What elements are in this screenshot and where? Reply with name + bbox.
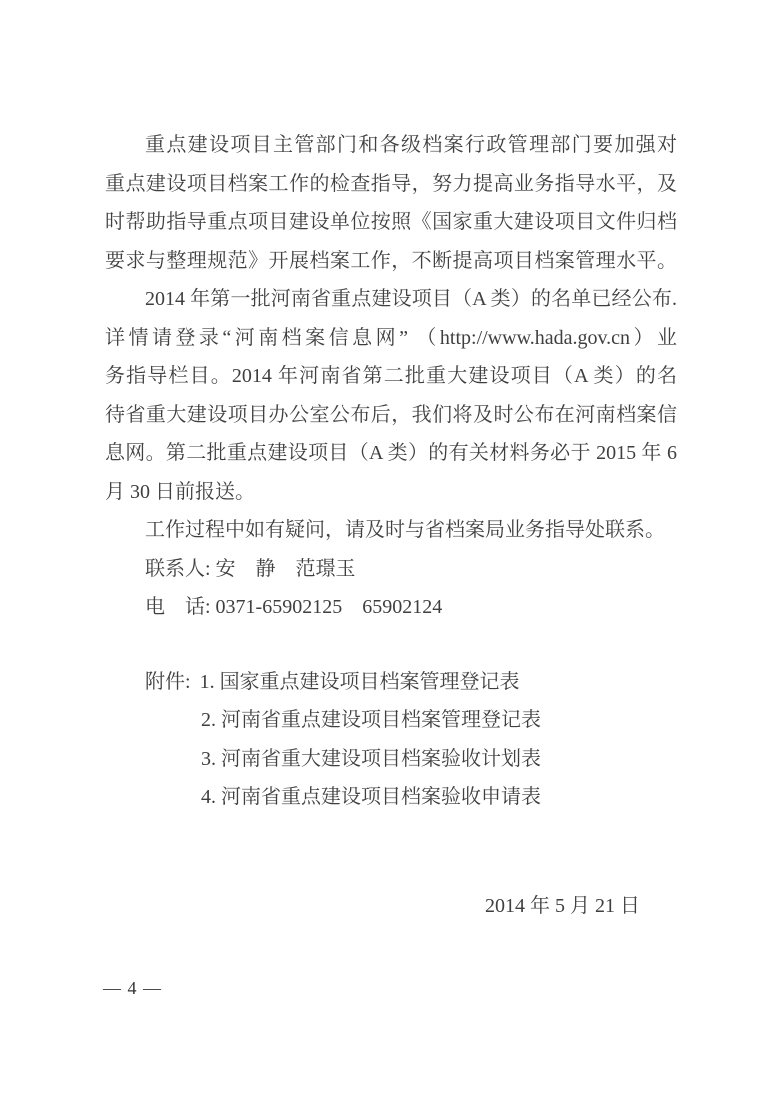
contact-block: 联系人: 安 静 范璟玉 电 话: 0371-65902125 65902124	[105, 550, 677, 627]
paragraph-supervision: 重点建设项目主管部门和各级档案行政管理部门要加强对 重点建设项目档案工作的检查指…	[105, 126, 677, 280]
text-line: 务指导栏目。2014 年河南省第二批重大建设项目（A 类）的名单，	[105, 357, 677, 396]
text-line-with-url: 详情请登录“河南档案信息网” （http://www.hada.gov.cn）业	[105, 319, 677, 358]
text-line: 待省重大建设项目办公室公布后，我们将及时公布在河南档案信	[105, 396, 677, 435]
contact-person-line: 联系人: 安 静 范璟玉	[105, 550, 677, 589]
attachment-item: 1. 国家重点建设项目档案管理登记表	[200, 663, 520, 702]
paragraph-contact-note: 工作过程中如有疑问，请及时与省档案局业务指导处联系。	[105, 511, 677, 550]
text-line: 2014 年第一批河南省重点建设项目（A 类）的名单已经公布.	[105, 280, 677, 319]
text-line: 息网。第二批重点建设项目（A 类）的有关材料务必于 2015 年 6	[105, 434, 677, 473]
attachment-line: 附件: 1. 国家重点建设项目档案管理登记表	[145, 663, 677, 702]
text-line: 月 30 日前报送。	[105, 473, 677, 512]
attachment-item: 2. 河南省重点建设项目档案管理登记表	[201, 701, 677, 740]
document-body: 重点建设项目主管部门和各级档案行政管理部门要加强对 重点建设项目档案工作的检查指…	[105, 126, 677, 925]
text-line: 时帮助指导重点项目建设单位按照《国家重大建设项目文件归档	[105, 203, 677, 242]
text-line: 工作过程中如有疑问，请及时与省档案局业务指导处联系。	[105, 511, 677, 550]
attachments-block: 附件: 1. 国家重点建设项目档案管理登记表 2. 河南省重点建设项目档案管理登…	[105, 663, 677, 817]
text-line: 重点建设项目主管部门和各级档案行政管理部门要加强对	[105, 126, 677, 165]
paragraph-project-list: 2014 年第一批河南省重点建设项目（A 类）的名单已经公布. 详情请登录“河南…	[105, 280, 677, 511]
page-number: — 4 —	[103, 978, 162, 999]
document-date: 2014 年 5 月 21 日	[105, 887, 677, 926]
attachments-label: 附件:	[145, 663, 191, 702]
text-line: 重点建设项目档案工作的检查指导，努力提高业务指导水平，及	[105, 165, 677, 204]
contact-phone-line: 电 话: 0371-65902125 65902124	[105, 588, 677, 627]
document-page: 重点建设项目主管部门和各级档案行政管理部门要加强对 重点建设项目档案工作的检查指…	[0, 0, 777, 1100]
attachment-item: 4. 河南省重点建设项目档案验收申请表	[201, 778, 677, 817]
text-line: 要求与整理规范》开展档案工作，不断提高项目档案管理水平。	[105, 242, 677, 281]
attachment-item: 3. 河南省重大建设项目档案验收计划表	[201, 740, 677, 779]
